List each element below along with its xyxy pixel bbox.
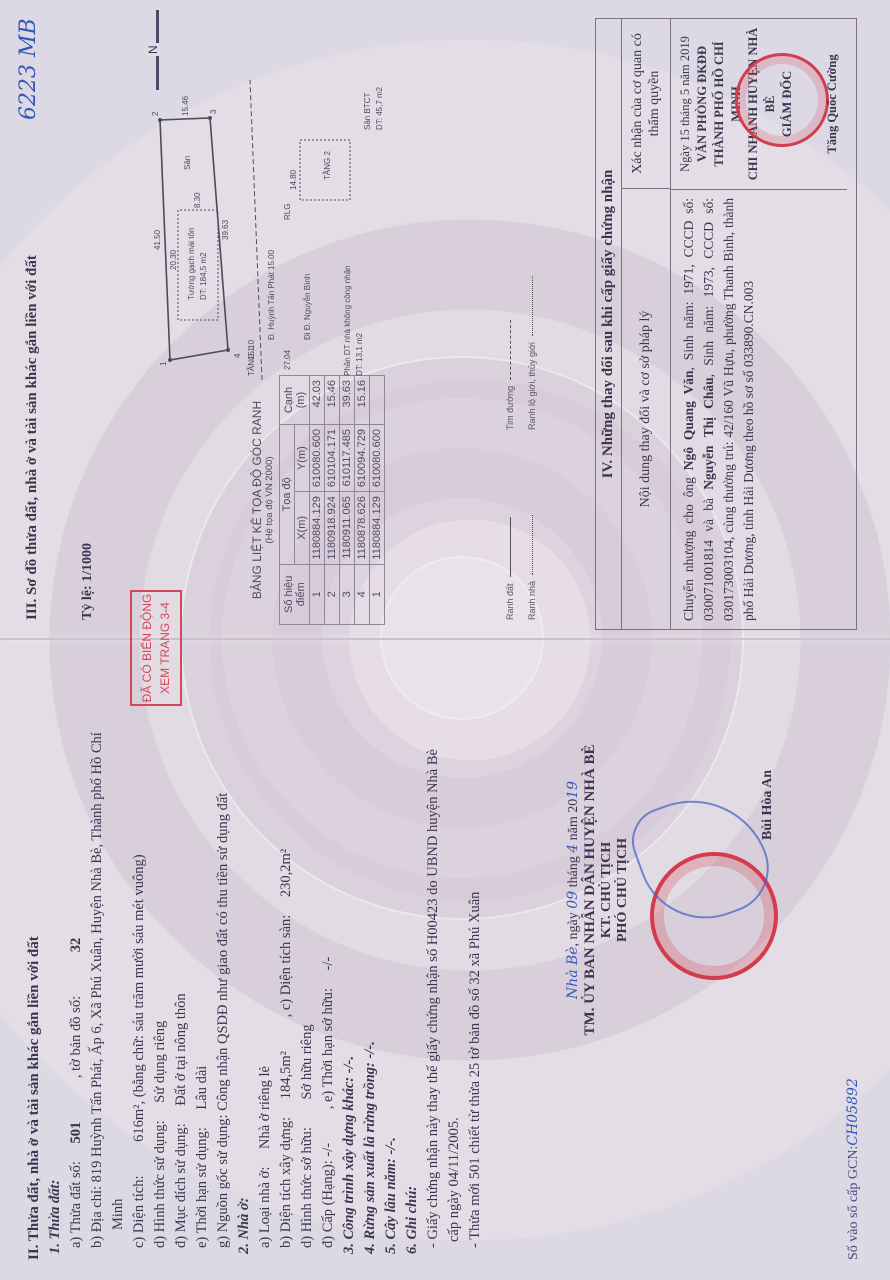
coord-table-body: 11180884.129610080.60042.0321180918.9246… <box>310 376 385 625</box>
signer-role-1: KT. CHỦ TỊCH <box>599 660 615 1120</box>
coord-x: 1180878.626 <box>355 492 370 564</box>
month-label: tháng <box>566 856 581 887</box>
origin-label: g) Nguồn gốc sử dụng: <box>215 1114 231 1248</box>
svg-text:39.63: 39.63 <box>221 219 230 240</box>
map-scale: Tỷ lệ: 1/1000 <box>80 543 96 620</box>
purpose-row: đ) Mục đích sử dụng: Đất ở tại nông thôn <box>171 650 192 1248</box>
parcel-row: a) Thửa đất số: 501 , tờ bản đồ số: 32 <box>66 650 87 1248</box>
signer-role-2: PHÓ CHỦ TỊCH <box>615 660 631 1120</box>
address-value: 819 Huỳnh Tấn Phát, Ấp 6, Xã Phú Xuân, H… <box>89 732 105 1182</box>
land-use-certificate-page: II. Thửa đất, nhà ở và tài sản khác gắn … <box>0 0 890 1280</box>
issuer-signature-block: Nhà Bè, ngày 09 tháng 4 năm 2019 TM. ỦY … <box>565 660 631 1120</box>
address-continued: Minh <box>108 650 129 1230</box>
stamp-line-1: ĐÃ CÓ BIẾN ĐỘNG <box>138 592 156 704</box>
parcel-map: 1 2 3 4 15.46 39.63 41.50 Sân Tường gạch… <box>150 20 390 380</box>
coord-x: 1180911.065 <box>340 492 355 564</box>
coord-edge: 42.03 <box>310 376 325 425</box>
header-point: Số hiệu điểm <box>280 564 310 624</box>
svg-text:DT: 184,5 m2: DT: 184,5 m2 <box>199 252 208 300</box>
office-line-1: VĂN PHÒNG ĐKĐĐ <box>694 23 711 185</box>
area-row: c) Diện tích: 616m², (bằng chữ: sáu trăm… <box>129 650 150 1248</box>
built-area-row: b) Diện tích xây dựng: 184,5m² , c) Diện… <box>276 650 297 1248</box>
ownership-row: d) Hình thức sở hữu: Sở hữu riêng <box>297 650 318 1248</box>
production-forest: 4. Rừng sản xuất là rừng trồng: -/-. <box>360 650 381 1254</box>
use-form-row: d) Hình thức sử dụng: Sử dụng riêng <box>150 650 171 1248</box>
ownership-label: d) Hình thức sở hữu: <box>299 1127 315 1248</box>
svg-text:8.30: 8.30 <box>193 192 202 208</box>
handwritten-note: 6223 MB <box>16 18 41 120</box>
issue-date: Nhà Bè, ngày 09 tháng 4 năm 2019 <box>565 660 582 1120</box>
section-ii-title: II. Thửa đất, nhà ở và tài sản khác gắn … <box>24 650 45 1260</box>
svg-text:TẦNG 1: TẦNG 1 <box>246 347 256 376</box>
change-notice-stamp: ĐÃ CÓ BIẾN ĐỘNG XEM TRANG 3-4 <box>130 590 182 706</box>
header-x: X(m) <box>295 492 310 564</box>
signer-name: Bùi Hòa An <box>760 770 776 840</box>
header-y: Y(m) <box>295 425 310 492</box>
address-row: b) Địa chỉ: 819 Huỳnh Tấn Phát, Ấp 6, Xã… <box>87 650 108 1248</box>
change-content: Chuyển nhượng cho ông Ngô Quang Văn, Sin… <box>671 189 847 629</box>
svg-text:DT: 45,7 m2: DT: 45,7 m2 <box>375 86 384 130</box>
svg-text:27.04: 27.04 <box>283 349 292 370</box>
built-area-value: 184,5m² <box>278 1051 294 1099</box>
built-area-label: b) Diện tích xây dựng: <box>278 1117 294 1248</box>
coord-x: 1180918.924 <box>325 492 340 564</box>
buyer-2: Nguyễn Thị Châu <box>701 377 716 489</box>
gcn-label: Số vào sổ cấp GCN: <box>846 1146 861 1260</box>
coord-y: 610104.171 <box>325 425 340 492</box>
coord-edge: 39.63 <box>340 376 355 425</box>
own-term-value: -/- <box>320 957 336 971</box>
svg-text:4: 4 <box>233 353 242 358</box>
issue-year: 19 <box>565 781 581 799</box>
svg-text:15.00: 15.00 <box>267 249 276 270</box>
legend-land-boundary: Ranh đất <box>505 517 515 620</box>
legend-dotted-line <box>532 515 533 575</box>
stamp-line-2: XEM TRANG 3-4 <box>156 592 174 704</box>
note-line: - Thửa mới 501 chiết từ thửa 25 tờ bản đ… <box>465 650 486 1248</box>
purpose-value: Đất ở tại nông thôn <box>173 993 189 1105</box>
house-outline <box>178 210 218 320</box>
grade-value: -/- <box>320 1143 336 1157</box>
address-label: b) Địa chỉ: <box>89 1186 105 1248</box>
svg-text:15.46: 15.46 <box>181 95 190 116</box>
header-coords: Tọa độ <box>280 425 295 565</box>
legend-label: Ranh lộ giới, thủy giới <box>527 342 537 430</box>
origin-row: g) Nguồn gốc sử dụng: Công nhận QSDĐ như… <box>213 650 234 1248</box>
house-type-value: Nhà ở riêng lẻ <box>257 1066 273 1149</box>
house-type-label: a) Loại nhà ở: <box>257 1167 273 1248</box>
svg-text:2: 2 <box>151 111 160 116</box>
coord-point: 2 <box>325 564 340 624</box>
coord-edge: 15.46 <box>325 376 340 425</box>
svg-text:TẦNG 2: TẦNG 2 <box>322 151 332 180</box>
content-text: Chuyển nhượng cho ông <box>681 470 696 621</box>
coord-point: 1 <box>370 564 385 624</box>
svg-text:41.50: 41.50 <box>153 229 162 250</box>
section-ii: II. Thửa đất, nhà ở và tài sản khác gắn … <box>24 650 486 1260</box>
svg-text:20.30: 20.30 <box>169 249 178 270</box>
legend-label: Tim đường <box>505 386 515 430</box>
confirm-signer: Tăng Quốc Cường <box>824 19 841 189</box>
svg-text:Phần DT nhà không công nhận: Phần DT nhà không công nhận <box>343 265 352 376</box>
svg-text:Sân: Sân <box>183 156 192 170</box>
header-confirmation: Xác nhận của cơ quan có thẩm quyền <box>622 19 670 188</box>
note-line: - Giấy chứng nhận này thay thế giấy chứn… <box>423 650 444 1248</box>
term-label: e) Thời hạn sử dụng: <box>194 1127 210 1248</box>
office-seal-icon <box>735 53 829 147</box>
parcel-number: 501 <box>68 1122 84 1144</box>
term-value: Lâu dài <box>194 1066 210 1110</box>
grade-row: đ) Cấp (Hạng): -/- , e) Thời hạn sở hữu:… <box>318 650 339 1248</box>
coord-row: 21180918.924610104.17115.46 <box>325 376 340 625</box>
purpose-label: đ) Mục đích sử dụng: <box>173 1123 189 1248</box>
coord-edge <box>370 376 385 425</box>
house-type-row: a) Loại nhà ở: Nhà ở riêng lẻ <box>255 650 276 1248</box>
origin-value: Công nhận QSDĐ như giao đất có thu tiền … <box>215 793 231 1111</box>
svg-text:Đ. Huỳnh Tấn Phát: Đ. Huỳnh Tấn Phát <box>267 271 276 340</box>
note-line: cấp ngày 04/11/2005. <box>444 650 465 1242</box>
svg-text:RLG: RLG <box>283 204 292 220</box>
coord-point: 3 <box>340 564 355 624</box>
coord-row: 11180884.129610080.60042.03 <box>310 376 325 625</box>
coord-y: 610080.600 <box>310 425 325 492</box>
coord-x: 1180884.129 <box>370 492 385 564</box>
coord-point: 1 <box>310 564 325 624</box>
area-value: 616m², (bằng chữ: sáu trăm mười sáu mét … <box>131 854 147 1141</box>
coord-y: 610094.729 <box>355 425 370 492</box>
coord-y: 610080.600 <box>370 425 385 492</box>
coord-point: 4 <box>355 564 370 624</box>
coord-x: 1180884.129 <box>310 492 325 564</box>
legend-dotted-line <box>532 276 533 336</box>
coord-y: 610117.485 <box>340 425 355 492</box>
legend-solid-line <box>510 517 511 577</box>
legend-dashed-line <box>510 320 511 380</box>
coordinate-table-block: BẢNG LIỆT KÊ TỌA ĐỘ GÓC RANH (Hệ tọa độ … <box>250 375 385 625</box>
section-iv-title: IV. Những thay đổi sau khi cấp giấy chứn… <box>596 19 622 629</box>
section-iv-changes: IV. Những thay đổi sau khi cấp giấy chứn… <box>595 18 857 630</box>
parcel-label: a) Thửa đất số: <box>68 1161 84 1248</box>
confirm-date: Ngày 15 tháng 5 năm 2019 <box>677 23 694 185</box>
coord-row: 11180884.129610080.600 <box>370 376 385 625</box>
legend-road-center: Tim đường <box>505 320 515 430</box>
day-label: , ngày <box>566 912 581 946</box>
perennial-trees: 5. Cây lâu năm: -/-. <box>381 650 402 1254</box>
gcn-value: CH05892 <box>845 1078 861 1145</box>
use-form-label: d) Hình thức sử dụng: <box>152 1120 168 1248</box>
coord-table-subtitle: (Hệ tọa độ VN 2000) <box>264 375 275 625</box>
ownership-value: Sở hữu riêng <box>299 1024 315 1099</box>
term-row: e) Thời hạn sử dụng: Lâu dài <box>192 650 213 1248</box>
svg-text:DT: 13,1 m2: DT: 13,1 m2 <box>355 332 364 376</box>
svg-text:3: 3 <box>209 109 218 114</box>
change-entry: Chuyển nhượng cho ông Ngô Quang Văn, Sin… <box>671 19 847 629</box>
svg-text:1: 1 <box>159 361 168 366</box>
coord-row: 41180878.626610094.72915.16 <box>355 376 370 625</box>
change-confirmation: Ngày 15 tháng 5 năm 2019 VĂN PHÒNG ĐKĐĐ … <box>671 19 847 189</box>
floor-area-label: , c) Diện tích sàn: <box>278 915 294 1018</box>
svg-text:Tường gạch mái tôn: Tường gạch mái tôn <box>187 228 196 300</box>
year-label: năm 20 <box>566 799 581 841</box>
svg-text:Sân BTCT: Sân BTCT <box>363 93 372 130</box>
header-edge: Cạnh (m) <box>280 376 310 425</box>
map-sheet-label: , tờ bản đồ số: <box>68 996 84 1078</box>
coord-table-title: BẢNG LIỆT KÊ TỌA ĐỘ GÓC RANH <box>250 375 264 625</box>
header-change-content: Nội dung thay đổi và cơ sở pháp lý <box>622 188 670 629</box>
other-works: 3. Công trình xây dựng khác: -/-. <box>339 650 360 1254</box>
legend-label: Ranh đất <box>505 583 515 620</box>
issuing-authority: TM. ỦY BAN NHÂN DÂN HUYỆN NHÀ BÈ <box>582 660 599 1120</box>
use-form-value: Sử dụng riêng <box>152 1021 168 1103</box>
notes-heading: 6. Ghi chú: <box>402 650 423 1254</box>
floor-area-value: 230,2m² <box>278 849 294 897</box>
house-heading: 2. Nhà ở: <box>234 650 255 1254</box>
issue-day: 09 <box>565 891 581 909</box>
svg-text:Đi Đ. Nguyễn Bình: Đi Đ. Nguyễn Bình <box>303 274 312 340</box>
land-heading: 1. Thửa đất: <box>45 650 66 1254</box>
legend-house-boundary: Ranh nhà <box>527 515 537 620</box>
grade-label: đ) Cấp (Hạng): <box>320 1160 336 1248</box>
area-label: c) Diện tích: <box>131 1176 147 1248</box>
buyer-1: Ngô Quang Văn <box>681 370 696 470</box>
own-term-label: , e) Thời hạn sở hữu: <box>320 988 336 1109</box>
map-sheet-number: 32 <box>68 938 84 953</box>
coordinate-table: Số hiệu điểm Tọa độ Cạnh (m) X(m) Y(m) 1… <box>279 375 385 625</box>
coord-row: 31180911.065610117.48539.63 <box>340 376 355 625</box>
svg-text:14.80: 14.80 <box>289 169 298 190</box>
legend-label: Ranh nhà <box>527 581 537 620</box>
legend-safety-corridor: Ranh lộ giới, thủy giới <box>527 276 537 430</box>
issue-month: 4 <box>565 844 581 853</box>
gcn-entry: Số vào sổ cấp GCN:CH05892 <box>845 1078 862 1260</box>
coord-edge: 15.16 <box>355 376 370 425</box>
section-iv-headers: Nội dung thay đổi và cơ sở pháp lý Xác n… <box>622 19 671 629</box>
issue-place: Nhà Bè <box>565 946 581 999</box>
